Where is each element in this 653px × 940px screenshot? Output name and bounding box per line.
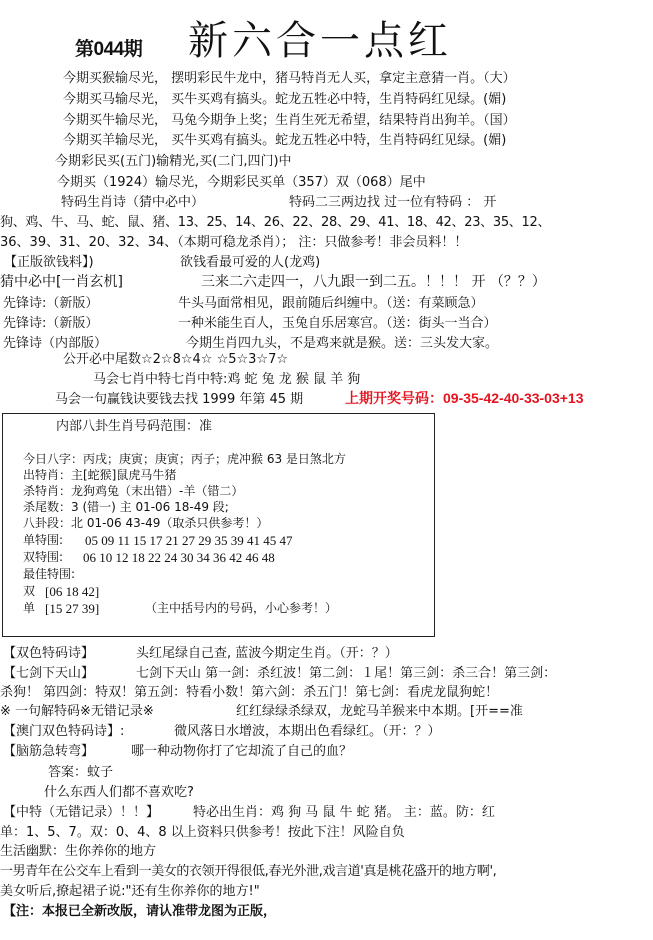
section-text: 牛头马面常相见，跟前随后纠缠中。（送：有菜顾急） [178, 295, 484, 312]
best-label: 最佳特围: [23, 567, 75, 582]
intro-line: 今期买马输尽光， 买牛买鸡有搞头。蛇龙五牲必中特，生肖特码红见绿。(媚) [63, 91, 506, 108]
box-row: 杀特肖：龙狗鸡兔（末出错）-羊（错二） [23, 484, 243, 499]
even-label: 双特围: [23, 550, 63, 565]
box-row: 今日八字：丙戌；庚寅；庚寅；丙子；虎冲猴 63 是日煞北方 [23, 452, 346, 467]
one-phrase-text: 红红绿绿杀绿双，龙蛇马羊猴来中本期。[开==准 [236, 703, 523, 720]
box-row: 出特肖：主[蛇猴]鼠虎马牛猪 [23, 468, 176, 483]
section-text: 欲钱看最可爱的人(龙鸡) [180, 254, 320, 271]
even-numbers: 06 10 12 18 22 24 30 34 36 42 46 48 [83, 550, 275, 565]
section-label: 先锋诗（内部版） [3, 335, 107, 352]
two-color-label: 【双色特码诗】 [3, 645, 94, 662]
box-row: 八卦段：北 01-06 43-49（取杀只供参考！） [23, 516, 268, 531]
riddle-question: 哪一种动物你打了它却流了自己的血？ [131, 743, 352, 760]
odd-numbers: 05 09 11 15 17 21 27 29 35 39 41 45 47 [85, 533, 293, 548]
issue-number: 第044期 [75, 34, 142, 61]
intro-line: 今期买牛输尽光， 马兔今期争上奖；生肖生死无希望，结果特肖出狗羊。（国） [63, 112, 516, 129]
door-line: 今期彩民买(五门)输精光,买(二门,四门)中 [55, 153, 292, 170]
poem-text: 特码二三两边找 过一位有特码 ： 开 [289, 194, 496, 211]
special-label: 【中特（无错记录）！！】 [3, 804, 159, 821]
macau-poem-text: 微风落日水增波，本期出色看绿红。（开：？） [174, 723, 441, 740]
seven-swords-label: 【七剑下天山】 [3, 665, 94, 682]
section-text: 今期生肖四九头，不是鸡来就是猴。送：三头发大家。 [186, 335, 498, 352]
seven-zodiac: 马会七肖中特七肖中特:鸡 蛇 兔 龙 猴 鼠 羊 狗 [93, 371, 360, 388]
last-draw-numbers: 09-35-42-40-33-03+13 [443, 390, 584, 406]
horse-club-line: 马会一句赢钱诀要钱去找 1999 年第 45 期 [55, 391, 303, 408]
tail-digits: 公开必中尾数☆2☆8☆4☆ ☆5☆3☆7☆ [63, 351, 288, 368]
footer-note: 【注：本报已全新改版，请认准带龙图为正版， [3, 903, 276, 920]
section-text: 一种米能生百人，玉兔自乐居寒宫。（送：街头一当合） [178, 315, 497, 332]
section-label: 【正版欲钱料】) [4, 254, 94, 271]
section-label: 猜中必中[一肖玄机] [0, 274, 123, 291]
page-title: 新六合一点红 [188, 18, 452, 64]
numbers-line: 36、39、31、20、32、34、（本期可稳龙杀肖）； 注：只做参考！非会员料… [0, 234, 467, 251]
tail-line: 今期买（1924）输尽光，今期彩民买单（357）双（068）尾中 [57, 174, 426, 191]
riddle-answer: 答案：蚊子 [48, 764, 113, 781]
macau-poem-label: 【澳门双色特码诗】: [3, 723, 124, 740]
humor-line: 一男青年在公交车上看到一美女的衣领开得很低,春光外泄,戏言道'真是桃花盛开的地方… [0, 863, 496, 880]
numbers-line: 狗、鸡、牛、马、蛇、鼠、猪、13、25、14、26、22、28、29、41、18… [0, 214, 550, 231]
section-text: 三来二六走四一，八九跟一到二五。！！！ 开 （？？） [201, 274, 546, 291]
seven-swords-text: 七剑下天山 第一剑：杀红波！第二剑：１尾！第三剑：杀三合！第三剑： [136, 665, 556, 682]
odd-label: 单特围: [23, 533, 63, 548]
last-draw: 上期开奖号码：09-35-42-40-33-03+13 [345, 390, 584, 407]
box-note: （主中括号内的号码，小心参考！） [145, 601, 337, 616]
last-draw-label: 上期开奖号码： [345, 390, 443, 406]
best-even-label: 双 [23, 584, 35, 599]
bagua-box: 内部八卦生肖号码范围：准 今日八字：丙戌；庚寅；庚寅；丙子；虎冲猴 63 是日煞… [2, 413, 435, 637]
best-odd-numbers: [15 27 39] [45, 601, 99, 616]
box-row: 杀尾数：3 (错一) 主 01-06 18-49 段; [23, 500, 229, 515]
best-even-numbers: [06 18 42] [45, 584, 99, 599]
humor-title: 生活幽默：生你养你的地方 [0, 843, 156, 860]
one-phrase-label: ※ 一句解特码※无错记录※ [0, 703, 154, 720]
poem-label: 特码生肖诗（猜中必中） [61, 194, 204, 211]
riddle-label: 【脑筋急转弯】 [3, 743, 94, 760]
humor-line: 美女听后,撩起裙子说:"还有生你养你的地方!" [0, 883, 260, 900]
seven-swords-text: 杀狗！ 第四剑：特双！第五剑：特看小数！第六剑：杀五门！第七剑：看虎龙鼠狗蛇！ [0, 684, 498, 701]
special-line2: 单：1、5、7。双：0、4、8 以上资料只供参考！按此下注！风险自负 [0, 824, 405, 841]
intro-line: 今期买羊输尽光， 买牛买鸡有搞头。蛇龙五牲必中特，生肖特码红见绿。(媚) [63, 132, 506, 149]
riddle-question-2: 什么东西人们都不喜欢吃? [44, 784, 194, 801]
best-odd-label: 单 [23, 601, 35, 616]
section-label: 先锋诗:（新版） [3, 315, 98, 332]
section-label: 先锋诗:（新版） [3, 295, 98, 312]
two-color-text: 头红尾绿自己查, 蓝波今期定生肖。（开：？） [136, 645, 398, 662]
special-text: 特必出生肖：鸡 狗 马 鼠 牛 蛇 猪。 主：蓝。防：红 [193, 804, 495, 821]
intro-line: 今期买猴输尽光， 摆明彩民牛龙中，猪马特肖无人买，拿定主意猜一肖。（大） [63, 70, 516, 87]
box-title: 内部八卦生肖号码范围：准 [56, 419, 212, 434]
